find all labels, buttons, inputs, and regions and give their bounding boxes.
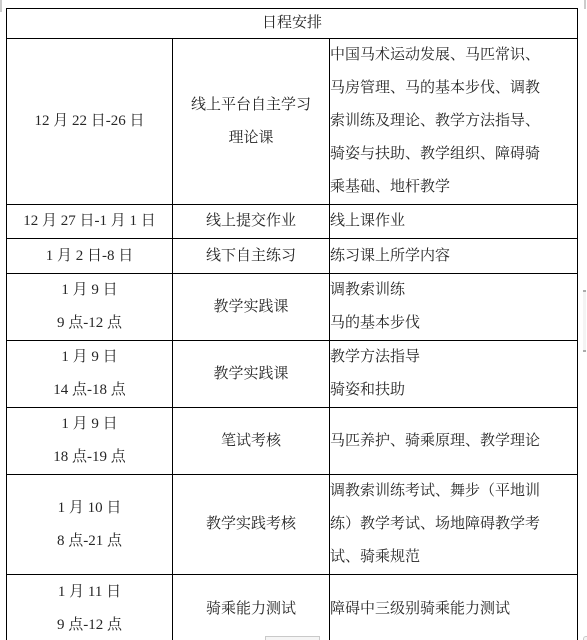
cell-activity: 线上提交作业 — [173, 205, 330, 239]
cell-content: 中国马术运动发展、马匹常识、 马房管理、马的基本步伐、调教 索训练及理论、教学方… — [330, 39, 578, 205]
cell-content: 障碍中三级别骑乘能力测试 — [330, 575, 578, 640]
table-row: 1 月 9 日 9 点-12 点 教学实践课 调教索训练 马的基本步伐 — [7, 274, 578, 341]
cell-activity: 笔试考核 — [173, 408, 330, 475]
cell-activity: 教学实践考核 — [173, 475, 330, 575]
table-row: 12 月 22 日-26 日 线上平台自主学习 理论课 中国马术运动发展、马匹常… — [7, 39, 578, 205]
cell-date: 1 月 2 日-8 日 — [7, 239, 173, 274]
scrollbar-thumb[interactable] — [583, 290, 586, 352]
cell-date: 1 月 9 日 9 点-12 点 — [7, 274, 173, 341]
table-row: 12 月 27 日-1 月 1 日 线上提交作业 线上课作业 — [7, 205, 578, 239]
cell-content: 调教索训练 马的基本步伐 — [330, 274, 578, 341]
table-title: 日程安排 — [7, 9, 578, 39]
bottom-right-corner-artifact — [583, 636, 587, 640]
cell-date: 1 月 9 日 18 点-19 点 — [7, 408, 173, 475]
cell-content: 调教索训练考试、舞步（平地训 练）教学考试、场地障碍教学考 试、骑乘规范 — [330, 475, 578, 575]
scrollbar-track-top — [584, 0, 586, 9]
schedule-table: 日程安排 12 月 22 日-26 日 线上平台自主学习 理论课 中国马术运动发… — [6, 8, 578, 640]
table-row: 1 月 2 日-8 日 线下自主练习 练习课上所学内容 — [7, 239, 578, 274]
cell-date: 1 月 9 日 14 点-18 点 — [7, 341, 173, 408]
cell-content: 练习课上所学内容 — [330, 239, 578, 274]
table-row: 1 月 9 日 18 点-19 点 笔试考核 马匹养护、骑乘原理、教学理论 — [7, 408, 578, 475]
cell-activity: 教学实践课 — [173, 341, 330, 408]
table-row: 1 月 11 日 9 点-12 点 骑乘能力测试 障碍中三级别骑乘能力测试 — [7, 575, 578, 640]
cell-content: 马匹养护、骑乘原理、教学理论 — [330, 408, 578, 475]
cell-date: 1 月 11 日 9 点-12 点 — [7, 575, 173, 640]
cell-activity: 线下自主练习 — [173, 239, 330, 274]
bottom-edge-artifact — [265, 636, 320, 640]
document-page: 日程安排 12 月 22 日-26 日 线上平台自主学习 理论课 中国马术运动发… — [0, 0, 587, 640]
cell-date: 1 月 10 日 8 点-21 点 — [7, 475, 173, 575]
cell-content: 线上课作业 — [330, 205, 578, 239]
cell-date: 12 月 27 日-1 月 1 日 — [7, 205, 173, 239]
table-row: 1 月 10 日 8 点-21 点 教学实践考核 调教索训练考试、舞步（平地训 … — [7, 475, 578, 575]
table-row: 1 月 9 日 14 点-18 点 教学实践课 教学方法指导 骑姿和扶助 — [7, 341, 578, 408]
table-title-row: 日程安排 — [7, 9, 578, 39]
cell-content: 教学方法指导 骑姿和扶助 — [330, 341, 578, 408]
cell-activity: 骑乘能力测试 — [173, 575, 330, 640]
cell-date: 12 月 22 日-26 日 — [7, 39, 173, 205]
page-edge-artifact-top-left — [0, 0, 2, 12]
cell-activity: 教学实践课 — [173, 274, 330, 341]
cell-activity: 线上平台自主学习 理论课 — [173, 39, 330, 205]
